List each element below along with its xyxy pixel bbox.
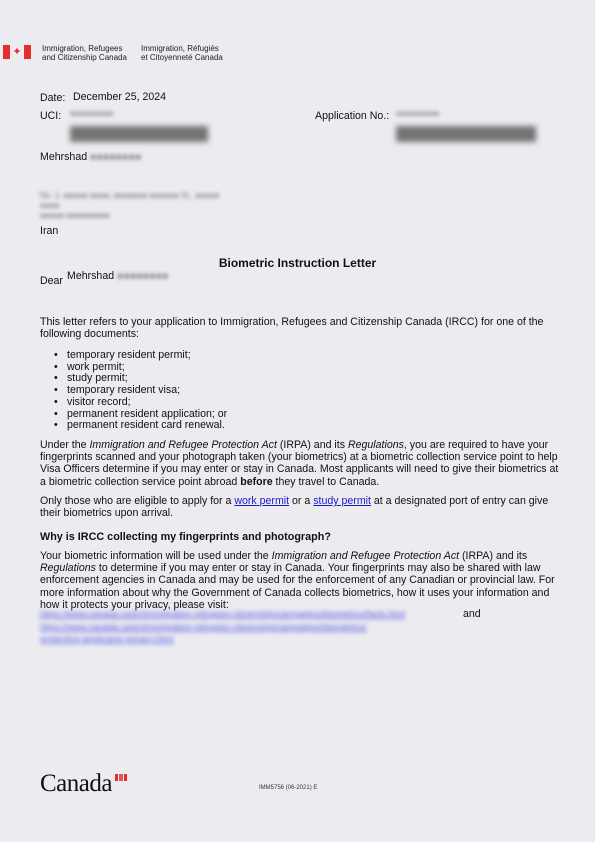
list-item: temporary resident permit;: [40, 350, 227, 362]
wordmark-flag-icon: [115, 774, 127, 781]
uci-label: UCI:: [40, 110, 61, 122]
recipient-country: Iran: [40, 225, 58, 237]
recipient-address: No. 1, ●●●●● ●●●●, ●●●●●●● ●●●●●● St., ●…: [40, 191, 219, 221]
application-number-value: ●●●●●●●●●: [396, 109, 440, 118]
biometrics-facts-link[interactable]: https://www.canada.ca/en/immigration-ref…: [40, 609, 405, 619]
intro-paragraph: This letter refers to your application t…: [40, 316, 560, 340]
section-heading: Why is IRCC collecting my fingerprints a…: [40, 531, 331, 543]
work-permit-link[interactable]: work permit: [234, 495, 289, 507]
list-item: visitor record;: [40, 397, 227, 409]
form-code: IMM5756 (06-2021) E: [259, 785, 317, 791]
canada-wordmark: Canada: [40, 770, 112, 798]
date-value: December 25, 2024: [73, 91, 166, 103]
uci-barcode: [70, 126, 208, 142]
list-item: permanent resident card renewal.: [40, 420, 227, 432]
eligibility-paragraph: Only those who are eligible to apply for…: [40, 495, 560, 519]
recipient-name: Mehrshad ●●●●●●●●: [40, 151, 141, 163]
privacy-link[interactable]: https://www.canada.ca/en/immigration-ref…: [40, 621, 367, 645]
privacy-paragraph: Your biometric information will be used …: [40, 550, 560, 611]
study-permit-link[interactable]: study permit: [313, 495, 371, 507]
and-text: and: [463, 608, 481, 620]
uci-value: ●●●●●●●●●: [70, 109, 114, 118]
canada-flag-icon: ✦: [3, 45, 31, 59]
application-barcode: [396, 126, 536, 142]
salutation-name: Mehrshad ●●●●●●●●: [67, 270, 168, 282]
irpa-paragraph: Under the Immigration and Refugee Protec…: [40, 439, 560, 488]
department-signature-english: Immigration, Refugees and Citizenship Ca…: [42, 44, 127, 62]
application-number-label: Application No.:: [315, 110, 389, 122]
department-signature-french: Immigration, Réfugiés et Citoyenneté Can…: [141, 44, 223, 62]
date-label: Date:: [40, 92, 65, 104]
letter-title: Biometric Instruction Letter: [0, 256, 595, 270]
recipient-last-name: ●●●●●●●●: [87, 151, 141, 163]
documents-list: temporary resident permit; work permit; …: [40, 350, 227, 432]
salutation: Dear: [40, 275, 63, 287]
